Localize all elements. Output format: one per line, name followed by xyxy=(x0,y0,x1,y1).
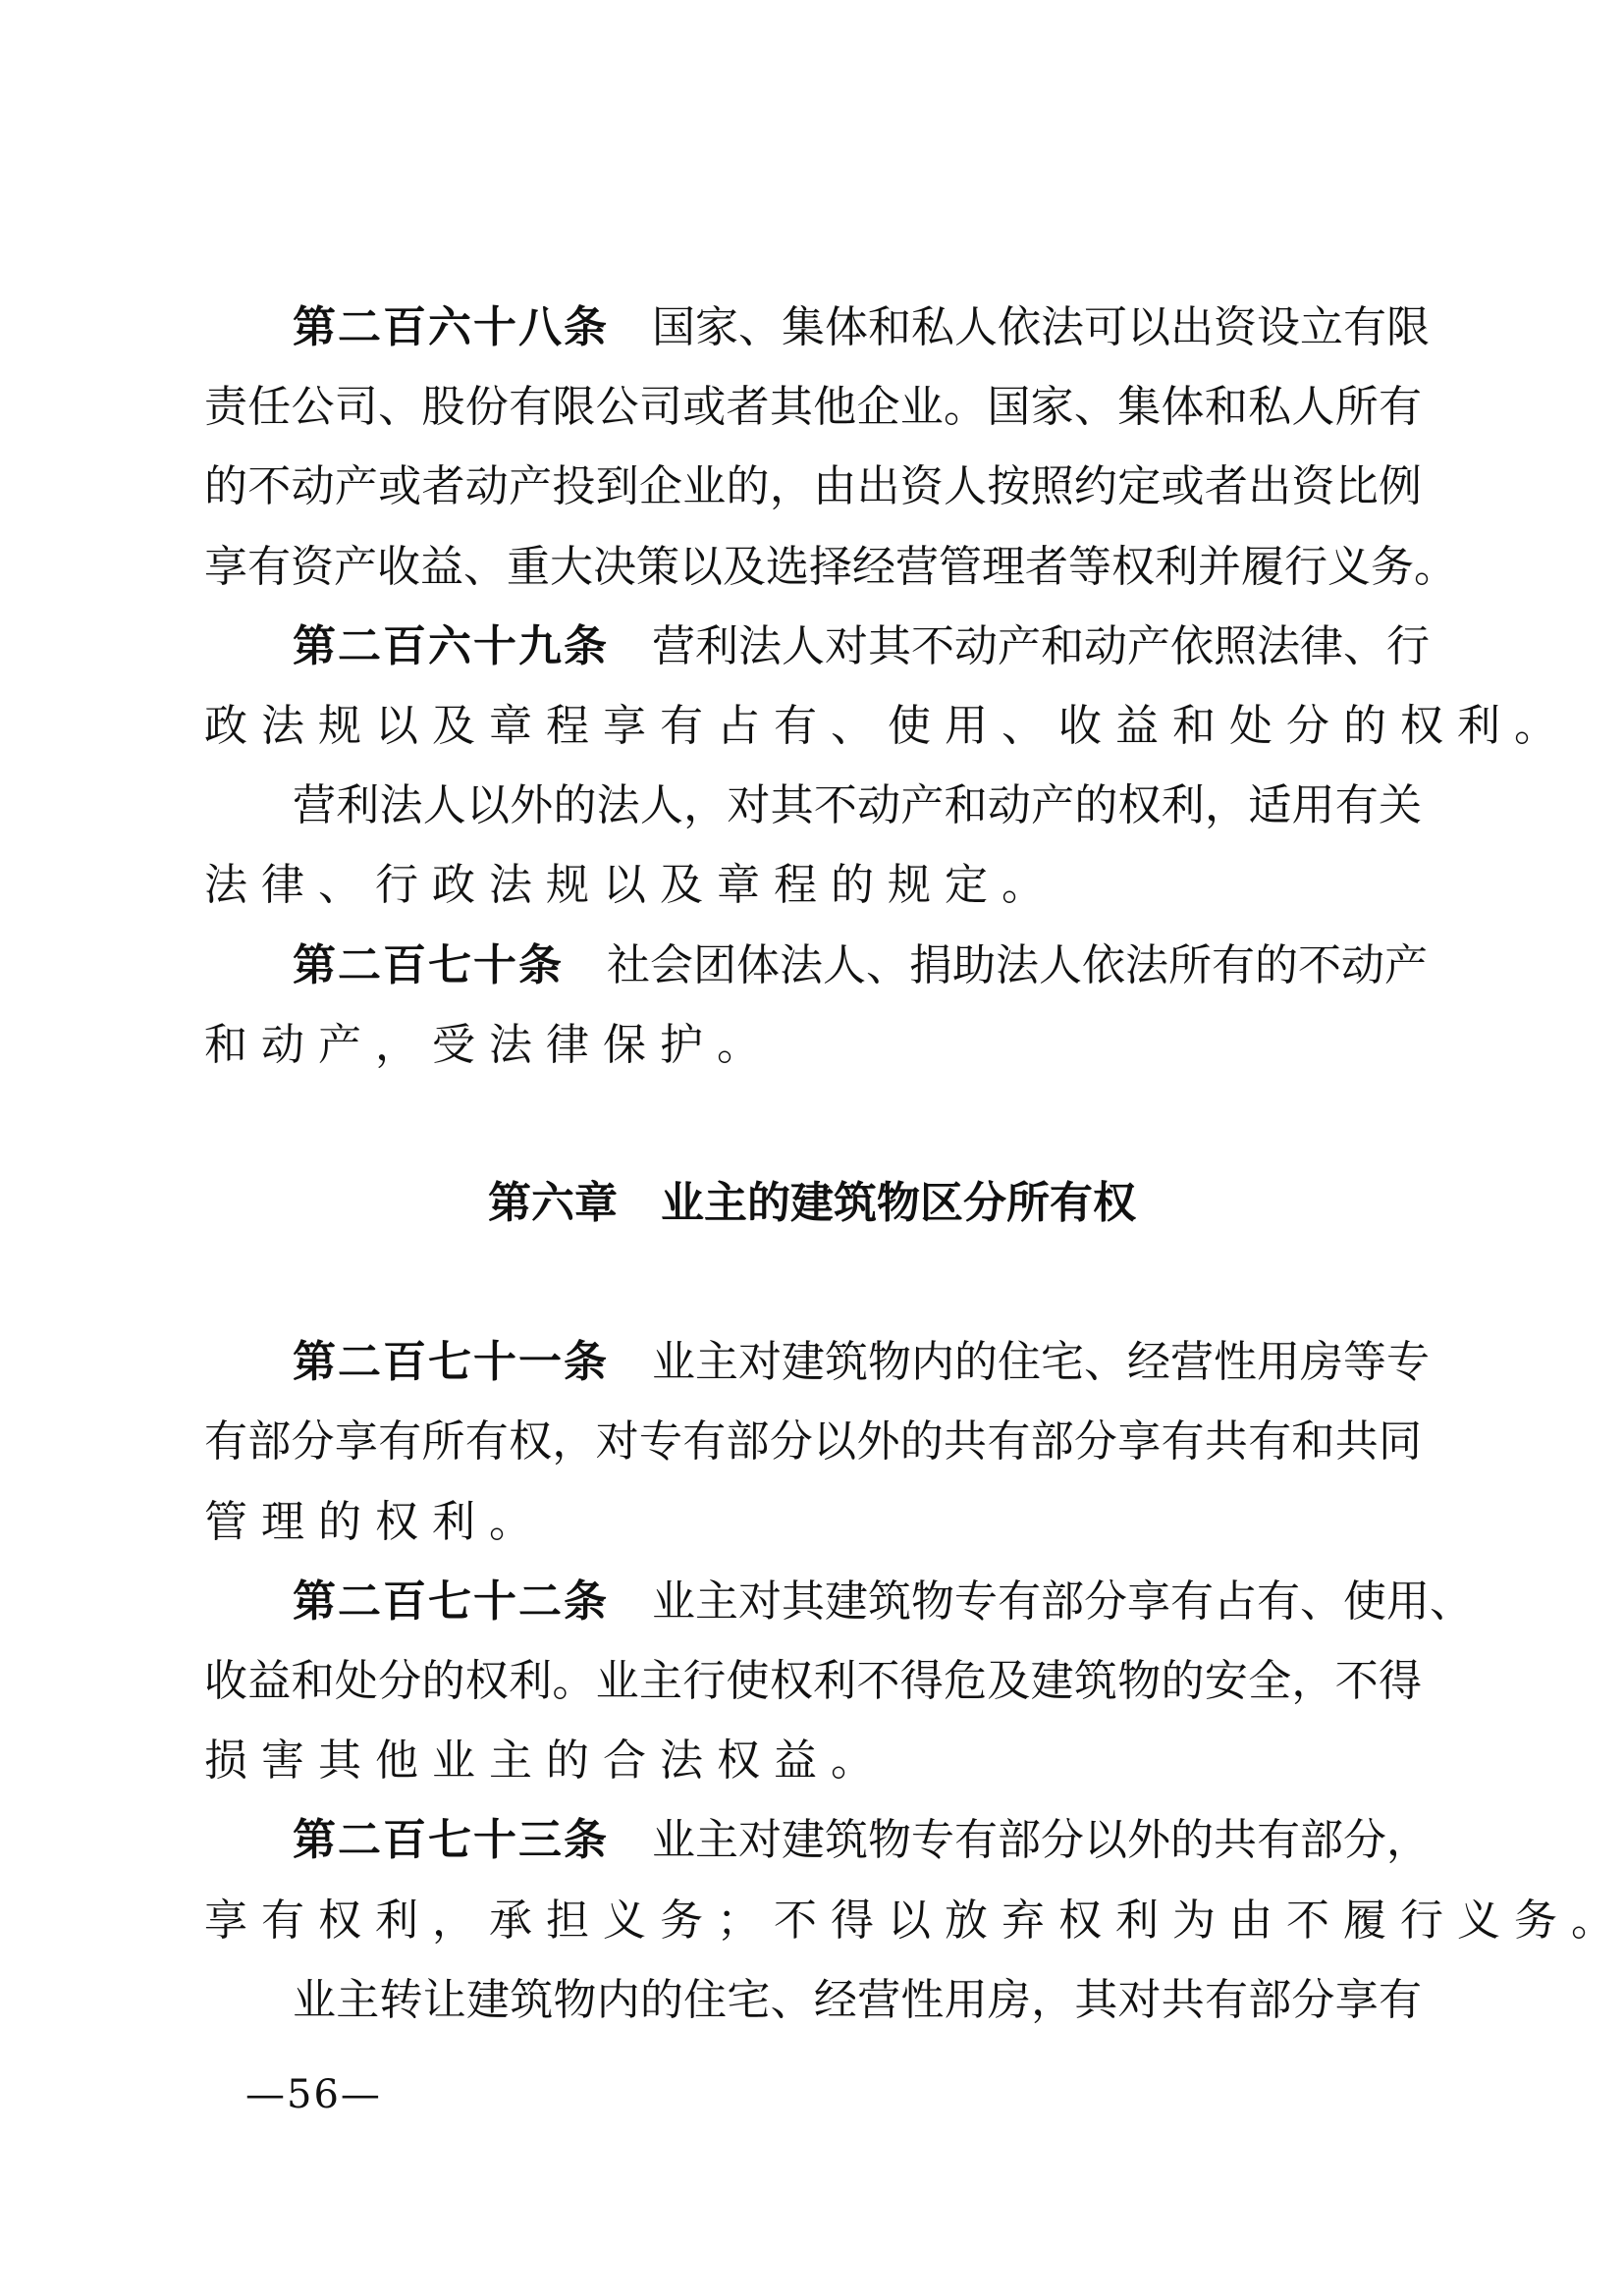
article-271-line-3: 管理的权利。 xyxy=(204,1493,1422,1552)
article-269-line-1: 第二百六十九条营利法人对其不动产和动产依照法律、行 xyxy=(293,617,1422,676)
article-268-line-2: 责任公司、股份有限公司或者其他企业。国家、集体和私人所有 xyxy=(204,378,1422,437)
chapter-number: 第六章 xyxy=(488,1178,618,1228)
article-number: 第二百七十二条 xyxy=(293,1576,609,1627)
article-268-line-4: 享有资产收益、重大决策以及选择经营管理者等权利并履行义务。 xyxy=(204,538,1422,597)
article-269-line-2: 政法规以及章程享有占有、使用、收益和处分的权利。 xyxy=(204,697,1422,756)
article-273-para2-line-1: 业主转让建筑物内的住宅、经营性用房，其对共有部分享有 xyxy=(293,1971,1422,2030)
chapter-heading: 第六章业主的建筑物区分所有权 xyxy=(0,1174,1624,1233)
chapter-title: 业主的建筑物区分所有权 xyxy=(661,1178,1136,1228)
article-number: 第二百七十三条 xyxy=(293,1815,609,1865)
article-number: 第二百七十条 xyxy=(293,940,564,990)
article-number: 第二百六十八条 xyxy=(293,302,609,352)
article-273-line-2: 享有权利，承担义务；不得以放弃权利为由不履行义务。 xyxy=(204,1892,1422,1950)
article-272-line-2: 收益和处分的权利。业主行使权利不得危及建筑物的安全，不得 xyxy=(204,1652,1422,1711)
article-268-line-1: 第二百六十八条国家、集体和私人依法可以出资设立有限 xyxy=(293,298,1422,357)
article-270-line-2: 和动产，受法律保护。 xyxy=(204,1016,1422,1075)
article-number: 第二百七十一条 xyxy=(293,1337,609,1387)
article-number: 第二百六十九条 xyxy=(293,621,609,671)
article-269-para2-line-2: 法律、行政法规以及章程的规定。 xyxy=(204,856,1422,915)
article-269-para2-line-1: 营利法人以外的法人，对其不动产和动产的权利，适用有关 xyxy=(293,776,1422,835)
article-271-line-2: 有部分享有所有权，对专有部分以外的共有部分享有共有和共同 xyxy=(204,1413,1422,1471)
article-272-line-3: 损害其他业主的合法权益。 xyxy=(204,1732,1422,1790)
page-number: —56— xyxy=(245,2067,382,2122)
article-268-line-3: 的不动产或者动产投到企业的，由出资人按照约定或者出资比例 xyxy=(204,457,1422,516)
article-273-line-1: 第二百七十三条业主对建筑物专有部分以外的共有部分， xyxy=(293,1811,1422,1870)
article-272-line-1: 第二百七十二条业主对其建筑物专有部分享有占有、使用、 xyxy=(293,1573,1451,1631)
article-270-line-1: 第二百七十条社会团体法人、捐助法人依法所有的不动产 xyxy=(293,936,1422,995)
article-271-line-1: 第二百七十一条业主对建筑物内的住宅、经营性用房等专 xyxy=(293,1333,1422,1392)
